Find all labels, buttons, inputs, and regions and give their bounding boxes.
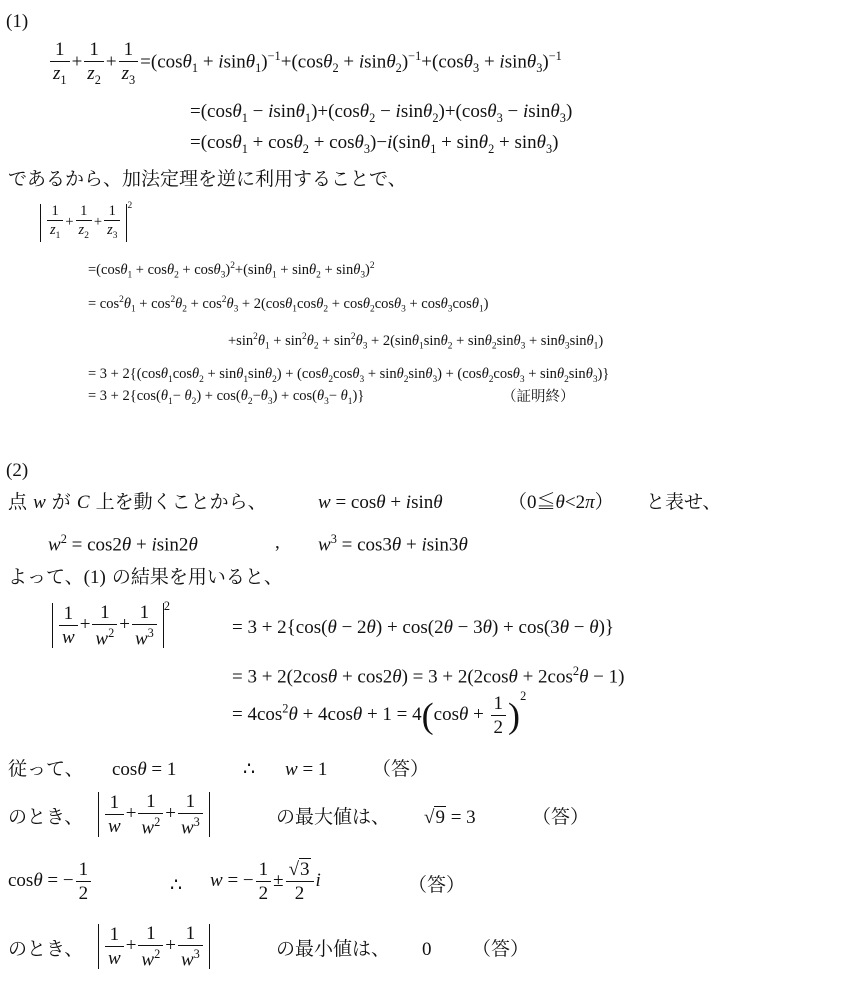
answer-mark: （答）: [372, 760, 429, 779]
abs-w-expression-max: 1w+1w2+1w3: [98, 792, 210, 837]
part1-equation-line2: =(cosθ1 − isinθ1)+(cosθ2 − isinθ2)+(cosθ…: [190, 102, 572, 124]
fraction: 1z2: [84, 40, 104, 86]
text-when: のとき、: [8, 808, 83, 827]
part2-intro-line: 点 w が C 上を動くことから、: [8, 493, 267, 512]
condition-min: cosθ = −12: [8, 860, 93, 903]
part2-using-result: よって、(1) の結果を用いると、: [8, 568, 283, 587]
answer-mark: （答）: [408, 876, 465, 895]
min-value: 0: [422, 940, 432, 959]
part1-label: (1): [6, 12, 28, 31]
text-expressed: と表せ、: [646, 493, 721, 512]
theta-range: （0≦θ<2π）: [508, 493, 614, 512]
part1-step2: = cos2θ1 + cos2θ2 + cos2θ3 + 2(cosθ1cosθ…: [88, 296, 488, 315]
comma: ,: [275, 533, 280, 552]
text-min-value: の最小値は、: [276, 940, 390, 959]
fraction: 1z3: [119, 40, 139, 86]
abs-squared-expression: 1z1+1z2+1z32: [40, 202, 132, 242]
condition-max: cosθ = 1: [112, 760, 176, 779]
therefore-symbol: ∴: [170, 876, 182, 895]
abs-w-expression-min: 1w+1w2+1w3: [98, 924, 210, 969]
part1-equation-line1: 1z1+1z2+1z3=(cosθ1 + isinθ1)−1+(cosθ2 + …: [48, 40, 562, 86]
part1-step5: = 3 + 2{cos(θ1− θ2) + cos(θ2−θ3) + cos(θ…: [88, 389, 364, 407]
text-max-value: の最大値は、: [276, 808, 390, 827]
part2-calc3: = 4cos2θ + 4cosθ + 1 = 4(cosθ + 12)2: [232, 690, 526, 737]
part2-calc2: = 3 + 2(2cosθ + cos2θ) = 3 + 2(2cosθ + 2…: [232, 665, 624, 686]
answer-mark: （答）: [532, 808, 589, 827]
proof-end-label: （証明終）: [502, 390, 575, 405]
w-squared: w2 = cos2θ + isin2θ: [48, 533, 198, 554]
part1-step4: = 3 + 2{(cosθ1cosθ2 + sinθ1sinθ2) + (cos…: [88, 367, 609, 385]
part2-calc1: = 3 + 2{cos(θ − 2θ) + cos(2θ − 3θ) + cos…: [232, 618, 614, 637]
w-at-min: w = −12±√32i: [210, 860, 321, 903]
max-value: √9 = 3: [424, 808, 476, 827]
text-when: のとき、: [8, 940, 83, 959]
text-therefore: 従って、: [8, 760, 84, 779]
part1-step3: +sin2θ1 + sin2θ2 + sin2θ3 + 2(sinθ1sinθ2…: [228, 333, 603, 352]
w-cubed: w3 = cos3θ + isin3θ: [318, 533, 468, 554]
fraction: 1z1: [50, 40, 70, 86]
text-addition-theorem: であるから、加法定理を逆に利用することで、: [8, 170, 407, 189]
part1-step1: =(cosθ1 + cosθ2 + cosθ3)2+(sinθ1 + sinθ2…: [88, 262, 375, 281]
w-at-max: w = 1: [285, 760, 327, 779]
therefore-symbol: ∴: [243, 760, 255, 779]
abs-w-squared-expression: 1w+1w2+1w32: [52, 600, 170, 648]
part2-label: (2): [6, 461, 28, 480]
answer-mark: （答）: [472, 940, 529, 959]
part1-equation-line3: =(cosθ1 + cosθ2 + cosθ3)−i(sinθ1 + sinθ2…: [190, 133, 559, 155]
w-polar-form: w = cosθ + isinθ: [318, 493, 443, 512]
